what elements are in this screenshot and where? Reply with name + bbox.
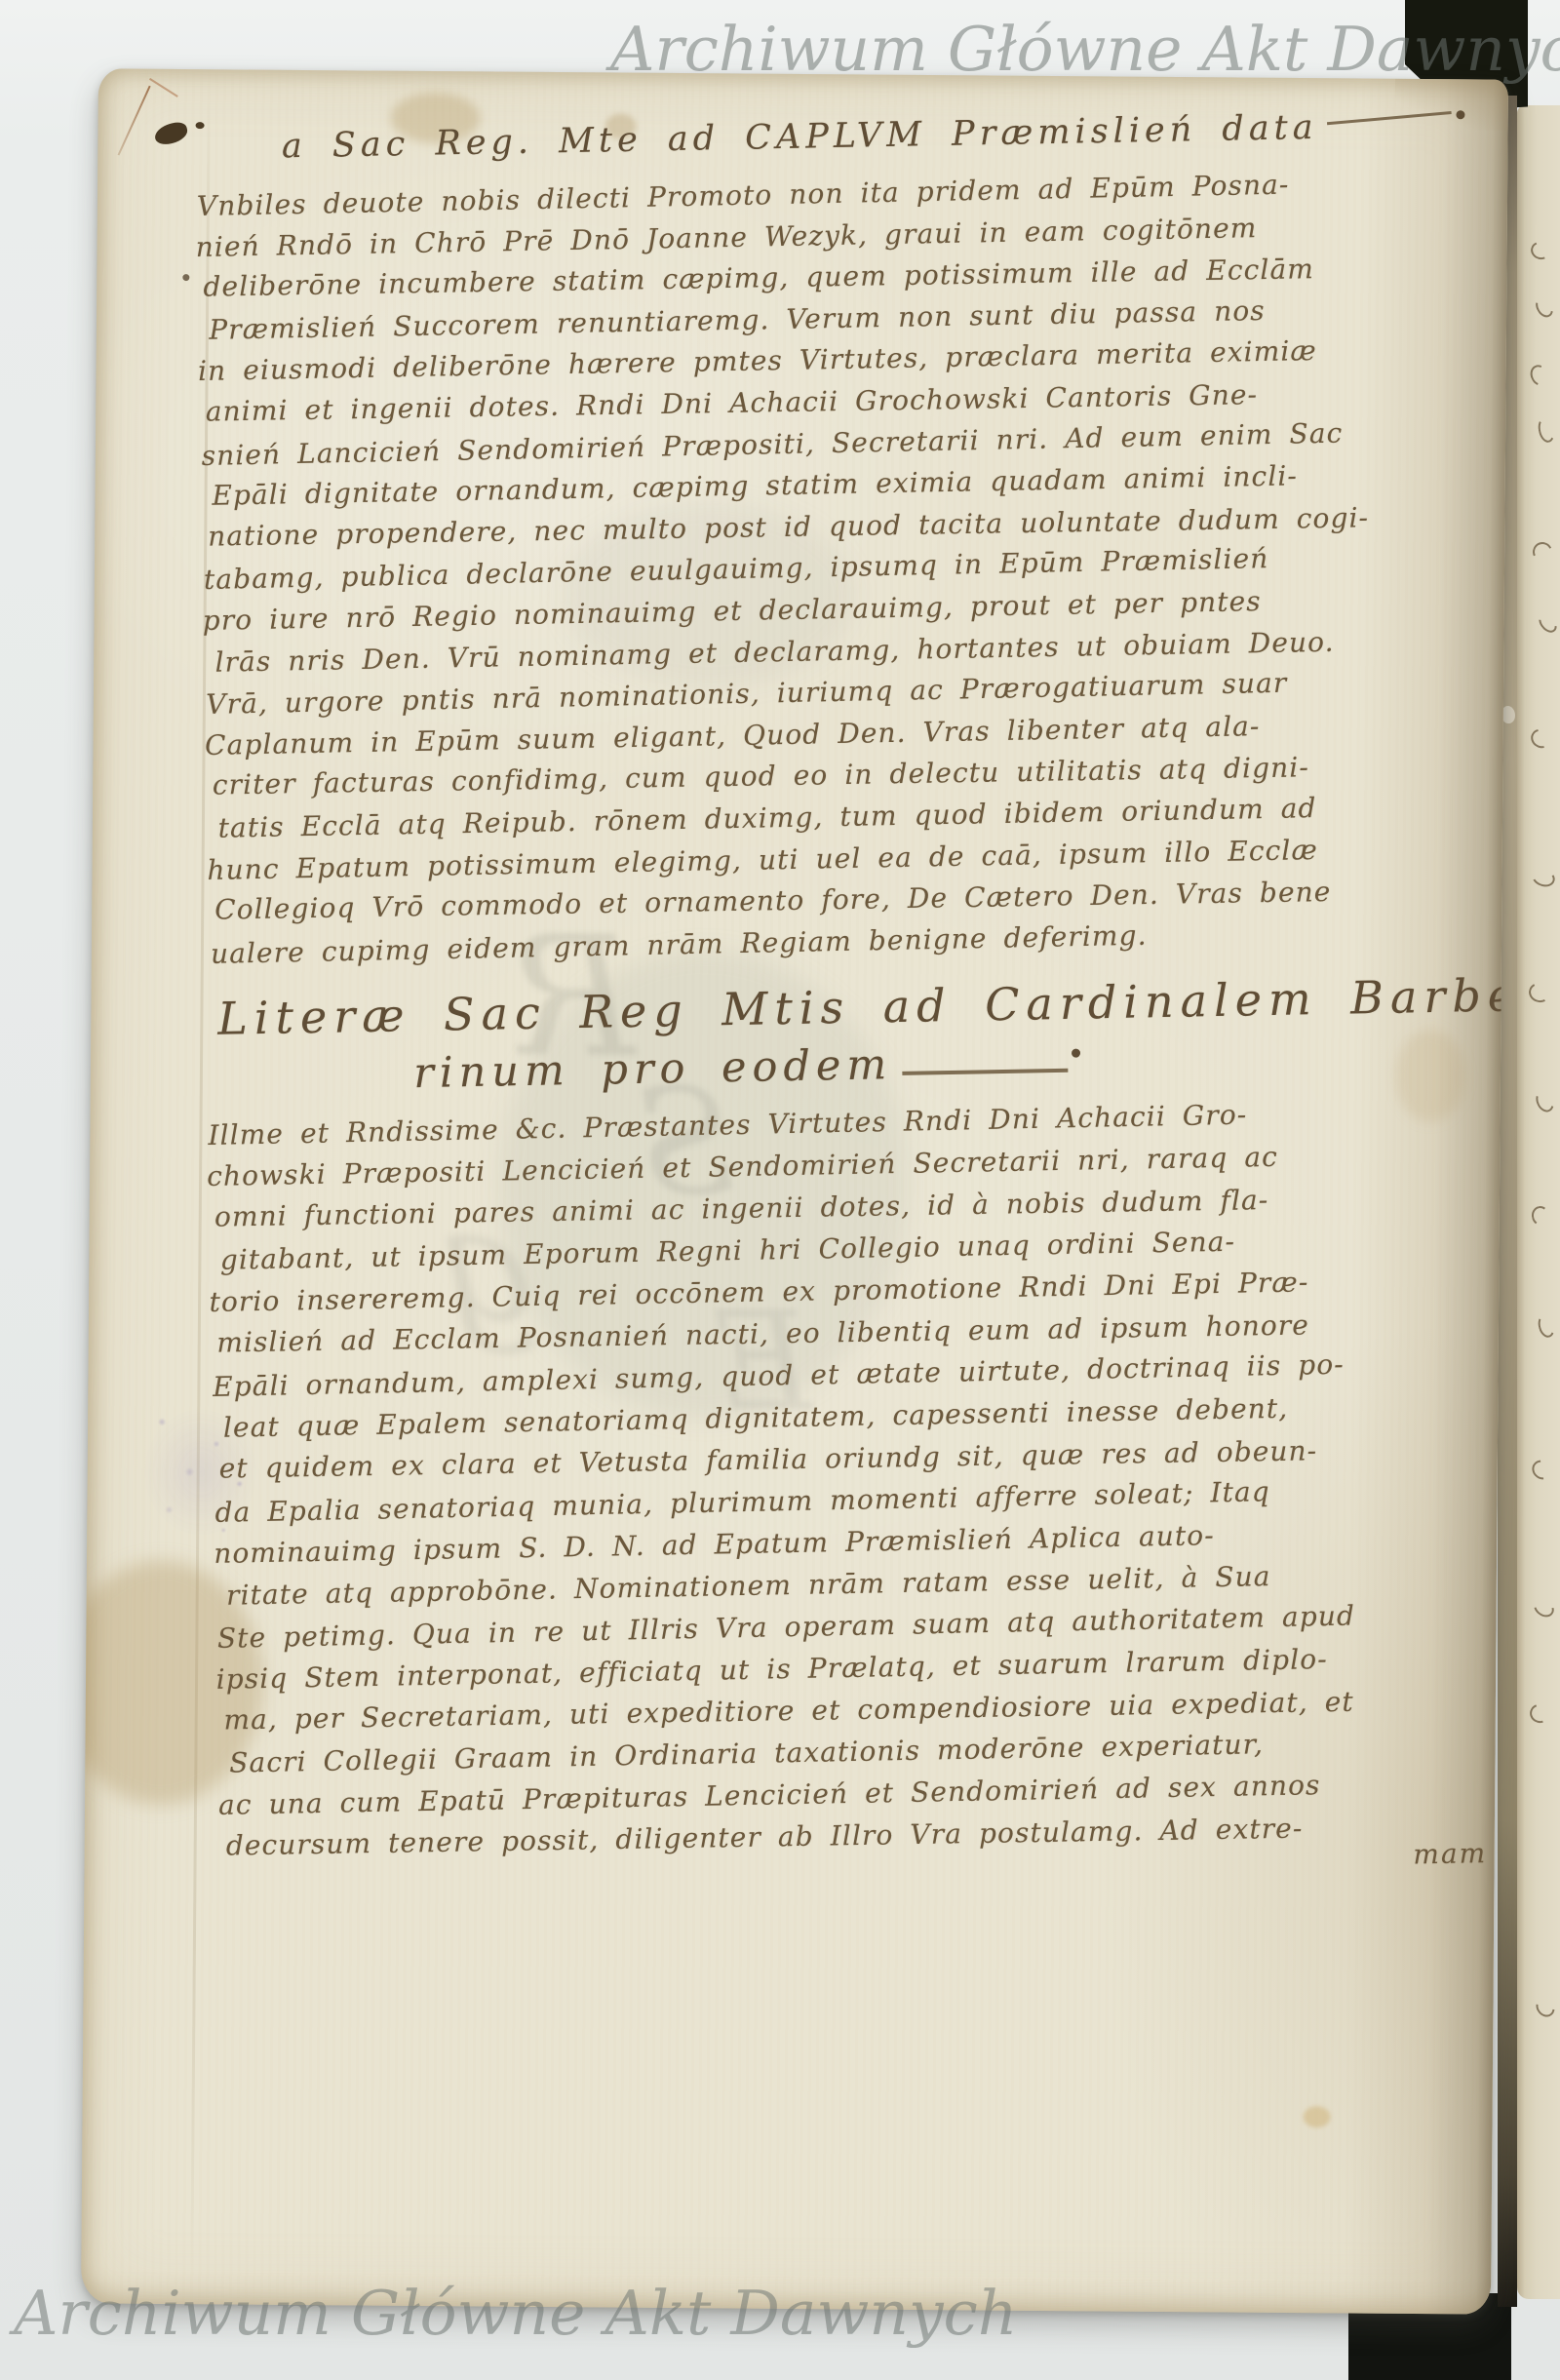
ink-fragment xyxy=(1530,539,1555,565)
ink-fragment xyxy=(1528,725,1555,752)
heading-rule-flourish xyxy=(902,1069,1068,1075)
ink-fragment xyxy=(1533,1994,1559,2021)
heading-flourish-dot xyxy=(1072,1048,1080,1057)
ink-fragment xyxy=(1528,1456,1555,1483)
manuscript-page: R S g E a Sac Reg. Mte ad CAPLVM Præmisl… xyxy=(81,68,1508,2314)
archive-scan: R S g E a Sac Reg. Mte ad CAPLVM Præmisl… xyxy=(0,0,1560,2380)
handwritten-text-layer: a Sac Reg. Mte ad CAPLVM Præmislień data… xyxy=(85,68,1508,2306)
ink-fragment xyxy=(1533,1087,1557,1114)
adjacent-folio-edge xyxy=(1517,105,1560,2299)
letter-body-capitulum: Vnbiles deuote nobis dilecti Promoto non… xyxy=(195,164,1371,974)
ink-fragment xyxy=(1530,1205,1550,1228)
ink-fragment xyxy=(1529,239,1553,262)
ink-fragment xyxy=(1536,416,1556,445)
ink-fragment xyxy=(1536,610,1560,636)
section-heading-barberini-line1: Literæ Sac Reg Mtis ad Cardinalem Barbe- xyxy=(217,968,1508,1045)
ink-fragment xyxy=(1527,980,1552,1004)
heading-flourish-dot xyxy=(1456,110,1464,119)
heading-rule-flourish xyxy=(1327,111,1452,125)
ink-fragment xyxy=(1536,1312,1557,1339)
ink-fragment xyxy=(1533,293,1557,320)
heading-text: rinum pro eodem xyxy=(413,1040,893,1098)
ink-fragment xyxy=(1527,362,1552,389)
section-heading-capitulum: a Sac Reg. Mte ad CAPLVM Præmislień data xyxy=(281,105,1464,166)
heading-text: Literæ Sac Reg Mtis ad Cardinalem Barbe- xyxy=(217,968,1508,1045)
section-heading-barberini-line2: rinum pro eodem xyxy=(413,1037,1081,1099)
binding-thread xyxy=(1501,706,1515,723)
letter-body-barberini: Illme et Rndissime &c. Præstantes Virtut… xyxy=(206,1093,1357,1868)
ink-fragment xyxy=(1527,1701,1552,1727)
ink-fragment xyxy=(1530,865,1558,889)
ink-fragment xyxy=(1531,1595,1558,1621)
heading-text: a Sac Reg. Mte ad CAPLVM Præmislień data xyxy=(281,108,1317,166)
